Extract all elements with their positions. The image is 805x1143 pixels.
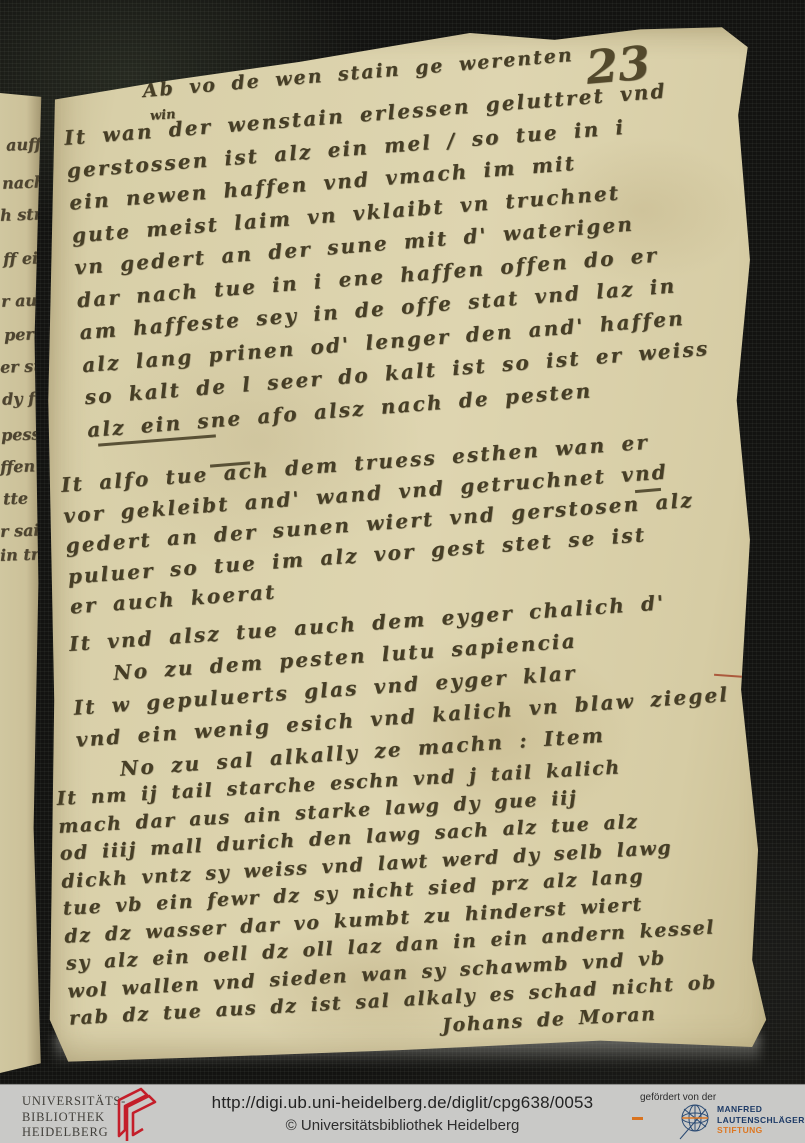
facing-fragment: per — [4, 324, 34, 344]
foundation-name-line: MANFRED — [717, 1104, 805, 1115]
orange-dash — [632, 1117, 643, 1120]
lautenschlaeger-stiftung-logo-icon — [676, 1101, 716, 1141]
facing-fragment: ff ei — [3, 248, 39, 268]
facing-fragment: tte — [3, 489, 29, 509]
facing-fragment: ffen — [0, 456, 35, 476]
foundation-name-line: STIFTUNG — [717, 1125, 805, 1136]
paragraph-4: It nm ij tail starche eschn vnd j tail k… — [56, 750, 720, 1061]
facing-fragment: pess — [1, 424, 41, 444]
scan-viewer: auff nach h stri ff ei r auf per er su d… — [0, 0, 805, 1143]
facing-fragment: auff — [6, 134, 42, 154]
paragraph-1: It wan der wenstain erlessen geluttret v… — [63, 73, 713, 446]
library-footer-bar: UNIVERSITÄTS- BIBLIOTHEK HEIDELBERG http… — [0, 1084, 805, 1143]
foundation-name: MANFRED LAUTENSCHLÄGER STIFTUNG — [717, 1104, 805, 1136]
foundation-name-line: LAUTENSCHLÄGER — [717, 1115, 805, 1126]
manuscript-page: Ab vo de wen stain ge werenten win 23 It… — [38, 22, 775, 1070]
